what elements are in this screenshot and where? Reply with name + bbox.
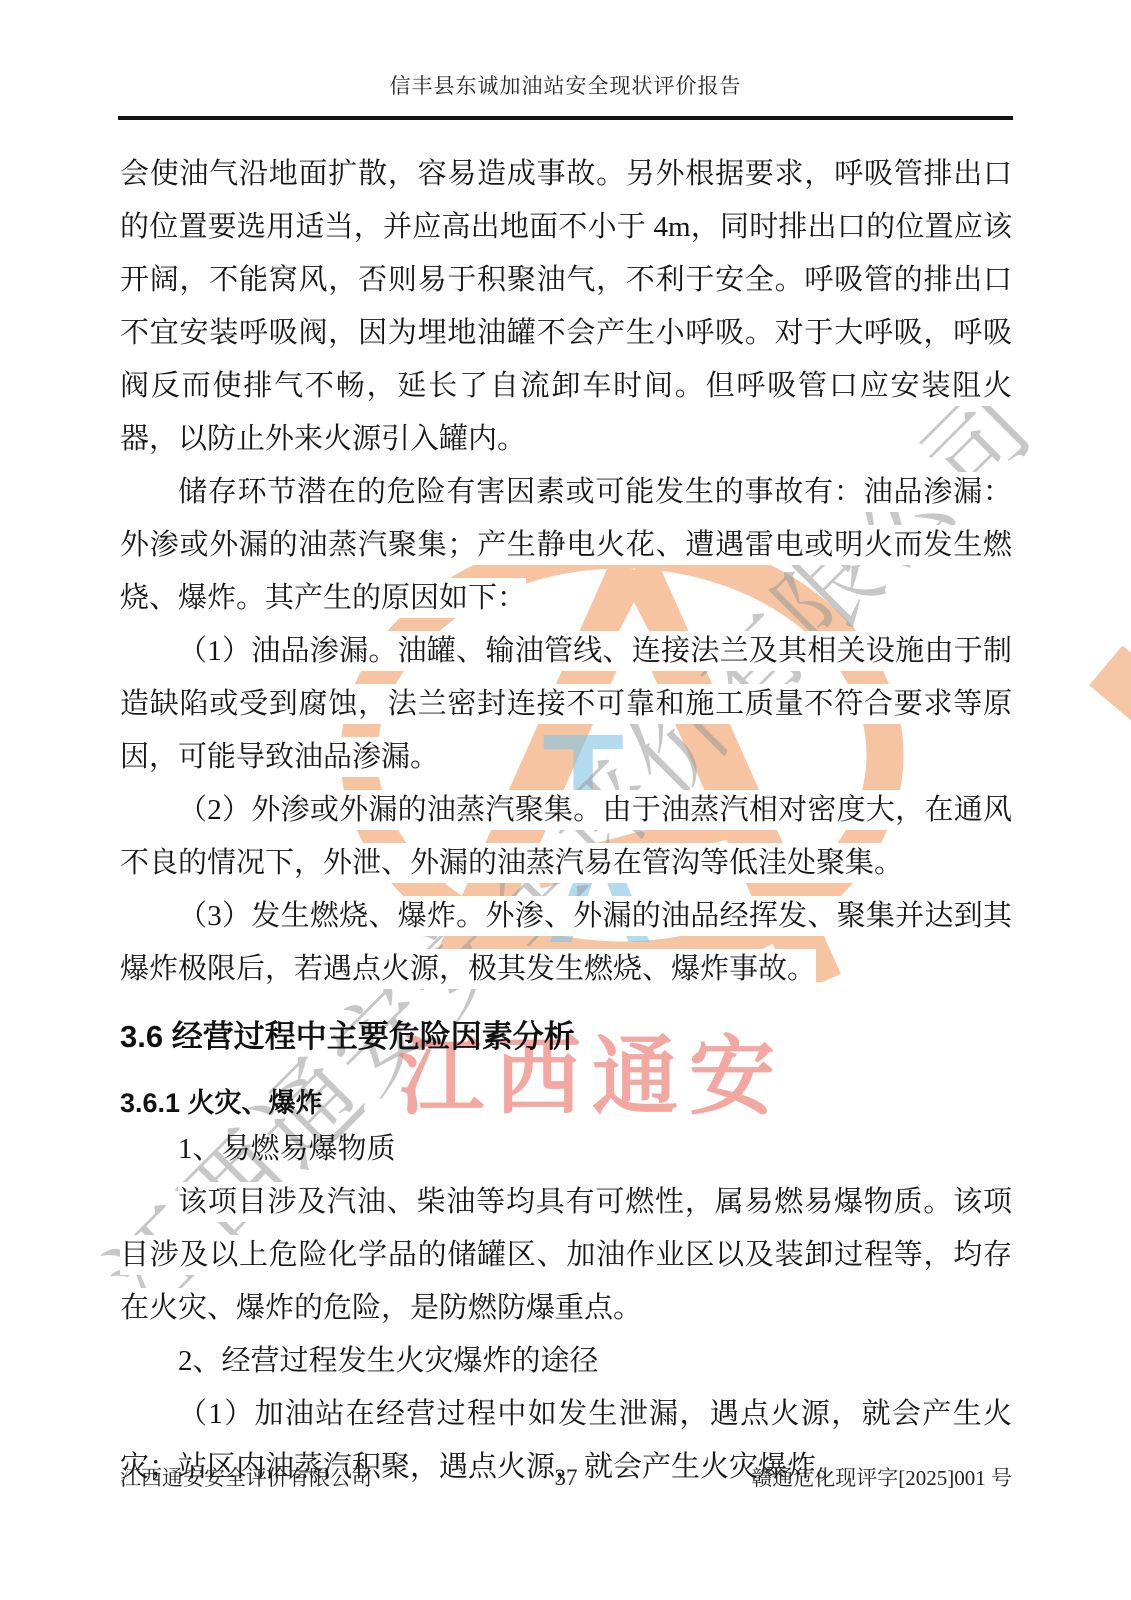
list-item-line: 1、易燃易爆物质 (120, 1123, 1012, 1176)
body-paragraph: 储存环节潜在的危险有害因素或可能发生的事故有：油品渗漏：外渗或外漏的油蒸汽聚集；… (120, 466, 1012, 625)
body-paragraph: 该项目涉及汽油、柴油等均具有可燃性，属易燃易爆物质。该项目涉及以上危险化学品的储… (120, 1176, 1012, 1335)
body-paragraph: 会使油气沿地面扩散，容易造成事故。另外根据要求，呼吸管排出口的位置要选用适当，并… (120, 148, 1012, 466)
footer-doc-number: 赣通危化现评字[2025]001 号 (578, 1462, 1013, 1492)
page-content: 信丰县东诚加油站安全现状评价报告 会使油气沿地面扩散，容易造成事故。另外根据要求… (0, 0, 1131, 1600)
page-header-title: 信丰县东诚加油站安全现状评价报告 (0, 0, 1131, 100)
body-paragraph: （3）发生燃烧、爆炸。外渗、外漏的油品经挥发、聚集并达到其爆炸极限后，若遇点火源… (120, 890, 1012, 996)
paragraph-text: （3）发生燃烧、爆炸。外渗、外漏的油品经挥发、聚集并达到其爆炸极限后，若遇点火源… (120, 896, 1012, 989)
paragraph-text: （1）油品渗漏。油罐、输油管线、连接法兰及其相关设施由于制造缺陷或受到腐蚀，法兰… (120, 631, 1012, 777)
document-body: 会使油气沿地面扩散，容易造成事故。另外根据要求，呼吸管排出口的位置要选用适当，并… (120, 120, 1012, 1494)
page-footer: 江西通安安全评价有限公司 37 赣通危化现评字[2025]001 号 (120, 1462, 1012, 1492)
body-paragraph: （2）外渗或外漏的油蒸汽聚集。由于油蒸汽相对密度大，在通风不良的情况下，外泄、外… (120, 784, 1012, 890)
paragraph-text: 储存环节潜在的危险有害因素或可能发生的事故有：油品渗漏：外渗或外漏的油蒸汽聚集；… (120, 472, 1012, 618)
list-item-line: 2、经营过程发生火灾爆炸的途径 (120, 1335, 1012, 1388)
body-paragraph: （1）油品渗漏。油罐、输油管线、连接法兰及其相关设施由于制造缺陷或受到腐蚀，法兰… (120, 625, 1012, 784)
paragraph-text: 该项目涉及汽油、柴油等均具有可燃性，属易燃易爆物质。该项目涉及以上危险化学品的储… (120, 1182, 1012, 1328)
footer-company: 江西通安安全评价有限公司 (120, 1462, 555, 1492)
paragraph-text: （2）外渗或外漏的油蒸汽聚集。由于油蒸汽相对密度大，在通风不良的情况下，外泄、外… (120, 790, 1012, 883)
subsection-heading: 3.6.1 火灾、爆炸 (120, 1083, 1012, 1123)
paragraph-text: 会使油气沿地面扩散，容易造成事故。另外根据要求，呼吸管排出口的位置要选用适当，并… (120, 154, 1012, 459)
section-heading: 3.6 经营过程中主要危险因素分析 (120, 1015, 1012, 1059)
document-page: T A 江西通安安全评价有限公司 江西通安 信丰县东诚加油站安全现状评价报告 会… (0, 0, 1131, 1600)
footer-page-number: 37 (555, 1465, 578, 1491)
